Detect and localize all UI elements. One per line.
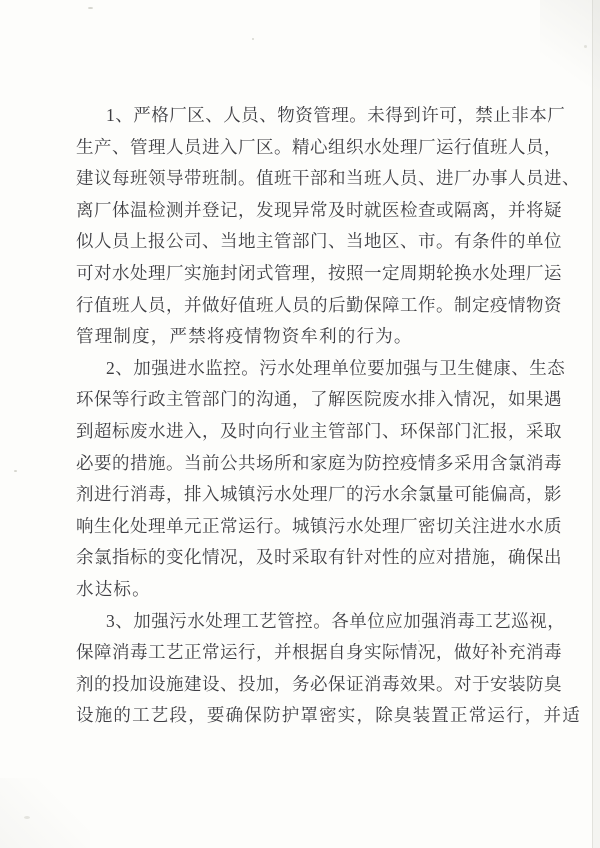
text-line: 2、加强进水监控。污水处理单位要加强与卫生健康、生态 — [76, 353, 522, 385]
text-line: 可对水处理厂实施封闭式管理，按照一定周期轮换水处理厂运 — [76, 258, 522, 290]
scan-speck — [24, 816, 30, 819]
scan-speck — [14, 470, 17, 472]
scan-speck — [418, 640, 420, 642]
text-line: 余氯指标的变化情况，及时采取有针对性的应对措施，确保出 — [76, 542, 522, 574]
text-line: 管理制度，严禁将疫情物资牟利的行为。 — [76, 321, 522, 353]
text-line: 设施的工艺段，要确保防护罩密实，除臭装置正常运行，并适 — [76, 700, 522, 732]
scan-speck — [88, 7, 93, 9]
text-line: 剂的投加设施建设、投加，务必保证消毒效果。对于安装防臭 — [76, 669, 522, 701]
text-line: 必要的措施。当前公共场所和家庭为防控疫情多采用含氯消毒 — [76, 448, 522, 480]
text-line: 建议每班领导带班制。值班干部和当班人员、进厂办事人员进、 — [76, 163, 522, 195]
text-line: 环保等行政主管部门的沟通，了解医院废水排入情况，如果遇 — [76, 384, 522, 416]
text-line: 离厂体温检测并登记，发现异常及时就医检查或隔离，并将疑 — [76, 195, 522, 227]
text-line: 3、加强污水处理工艺管控。各单位应加强消毒工艺巡视， — [76, 606, 522, 638]
text-line: 水达标。 — [76, 574, 522, 606]
scanned-document-page: 1、严格厂区、人员、物资管理。未得到许可，禁止非本厂生产、管理人员进入厂区。精心… — [0, 0, 600, 848]
scan-edge — [592, 0, 600, 848]
scan-shadow-top-right — [540, 0, 600, 120]
text-line: 行值班人员，并做好值班人员的后勤保障工作。制定疫情物资 — [76, 290, 522, 322]
text-line: 保障消毒工艺正常运行，并根据自身实际情况，做好补充消毒 — [76, 637, 522, 669]
scan-shadow-bottom-left — [0, 778, 90, 848]
text-line: 生产、管理人员进入厂区。精心组织水处理厂运行值班人员， — [76, 132, 522, 164]
text-line: 响生化处理单元正常运行。城镇污水处理厂密切关注进水水质 — [76, 511, 522, 543]
document-body: 1、严格厂区、人员、物资管理。未得到许可，禁止非本厂生产、管理人员进入厂区。精心… — [76, 100, 522, 732]
text-line: 剂进行消毒，排入城镇污水处理厂的污水余氯量可能偏高，影 — [76, 479, 522, 511]
text-line: 1、严格厂区、人员、物资管理。未得到许可，禁止非本厂 — [76, 100, 522, 132]
text-line: 到超标废水进入，及时向行业主管部门、环保部门汇报，采取 — [76, 416, 522, 448]
scan-speck — [584, 45, 587, 48]
scan-speck — [252, 38, 254, 40]
text-line: 似人员上报公司、当地主管部门、当地区、市。有条件的单位 — [76, 226, 522, 258]
